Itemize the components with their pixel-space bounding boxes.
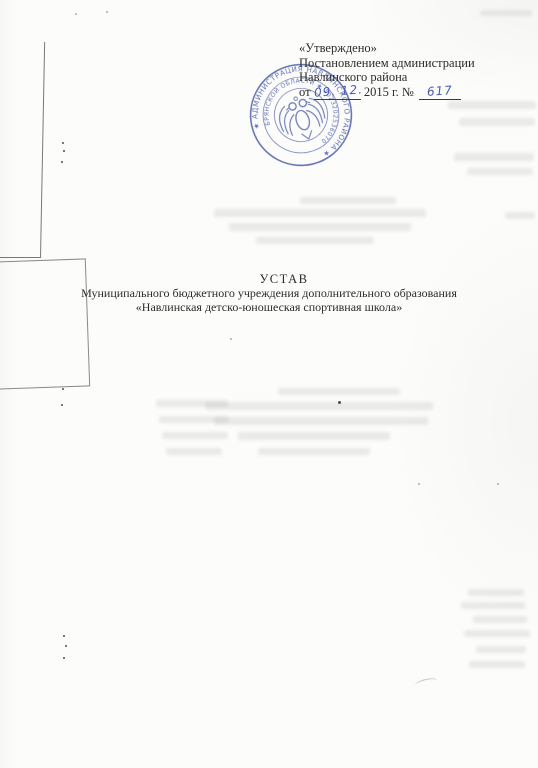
document-title: УСТАВ bbox=[20, 272, 538, 286]
scan-edge-line-vertical bbox=[40, 42, 45, 258]
speck bbox=[61, 161, 63, 163]
bleed-through-artifact bbox=[214, 417, 428, 425]
bleed-through-artifact bbox=[476, 646, 526, 653]
speck bbox=[338, 401, 341, 404]
speck bbox=[230, 338, 232, 340]
bleed-through-artifact bbox=[162, 432, 228, 439]
bleed-through-artifact bbox=[238, 432, 390, 440]
bleed-through-artifact bbox=[205, 402, 433, 410]
handwritten-number: 617 bbox=[427, 84, 454, 98]
bleed-through-artifact bbox=[454, 153, 534, 161]
document-title-block: УСТАВ Муниципального бюджетного учрежден… bbox=[5, 272, 533, 314]
speck bbox=[106, 11, 108, 13]
bleed-through-artifact bbox=[480, 10, 532, 16]
bleed-through-artifact bbox=[459, 118, 535, 126]
bleed-through-artifact bbox=[473, 616, 527, 623]
speck bbox=[497, 483, 499, 485]
bleed-through-artifact bbox=[229, 223, 411, 231]
bleed-through-artifact bbox=[448, 101, 536, 109]
scan-edge-line-horizontal bbox=[0, 257, 40, 258]
bleed-through-artifact bbox=[464, 630, 530, 637]
speck bbox=[61, 404, 63, 406]
document-subtitle-name: «Навлинская детско-юношеская спортивная … bbox=[5, 300, 533, 314]
scanned-document-page: ★ АДМИНИСТРАЦИЯ НАВЛИНСКОГО РАЙОНА ★ БРЯ… bbox=[0, 0, 538, 768]
bleed-through-artifact bbox=[159, 416, 229, 423]
bleed-through-artifact bbox=[166, 448, 222, 455]
speck bbox=[62, 388, 64, 390]
pencil-mark bbox=[414, 677, 437, 689]
handwritten-date: 09. 12. bbox=[313, 83, 363, 98]
document-subtitle-institution: Муниципального бюджетного учреждения доп… bbox=[5, 286, 533, 300]
bleed-through-artifact bbox=[300, 197, 396, 204]
speck bbox=[62, 142, 64, 144]
bleed-through-artifact bbox=[278, 388, 400, 395]
speck bbox=[75, 13, 77, 15]
date-prefix: от bbox=[299, 85, 311, 99]
speck bbox=[63, 150, 65, 152]
date-underline: 09. 12. bbox=[314, 86, 361, 100]
speck bbox=[65, 645, 67, 647]
bleed-through-artifact bbox=[468, 589, 524, 596]
speck bbox=[63, 635, 65, 637]
bleed-through-artifact bbox=[461, 602, 525, 609]
number-underline: 617 bbox=[419, 86, 461, 100]
approval-status: «Утверждено» bbox=[299, 41, 475, 56]
approval-block: «Утверждено» Постановлением администраци… bbox=[299, 41, 475, 100]
approval-line-authority: Постановлением администрации bbox=[299, 56, 475, 71]
approval-date-line: от 09. 12. 2015 г. № 617 bbox=[299, 85, 475, 100]
bleed-through-artifact bbox=[467, 168, 533, 175]
bleed-through-artifact bbox=[258, 448, 370, 455]
date-suffix: 2015 г. № bbox=[364, 85, 414, 99]
speck bbox=[418, 483, 420, 485]
speck bbox=[63, 657, 65, 659]
bleed-through-artifact bbox=[256, 237, 374, 244]
bleed-through-artifact bbox=[505, 212, 535, 219]
bleed-through-artifact bbox=[156, 400, 228, 407]
bleed-through-artifact bbox=[214, 209, 426, 217]
bleed-through-artifact bbox=[469, 661, 525, 668]
